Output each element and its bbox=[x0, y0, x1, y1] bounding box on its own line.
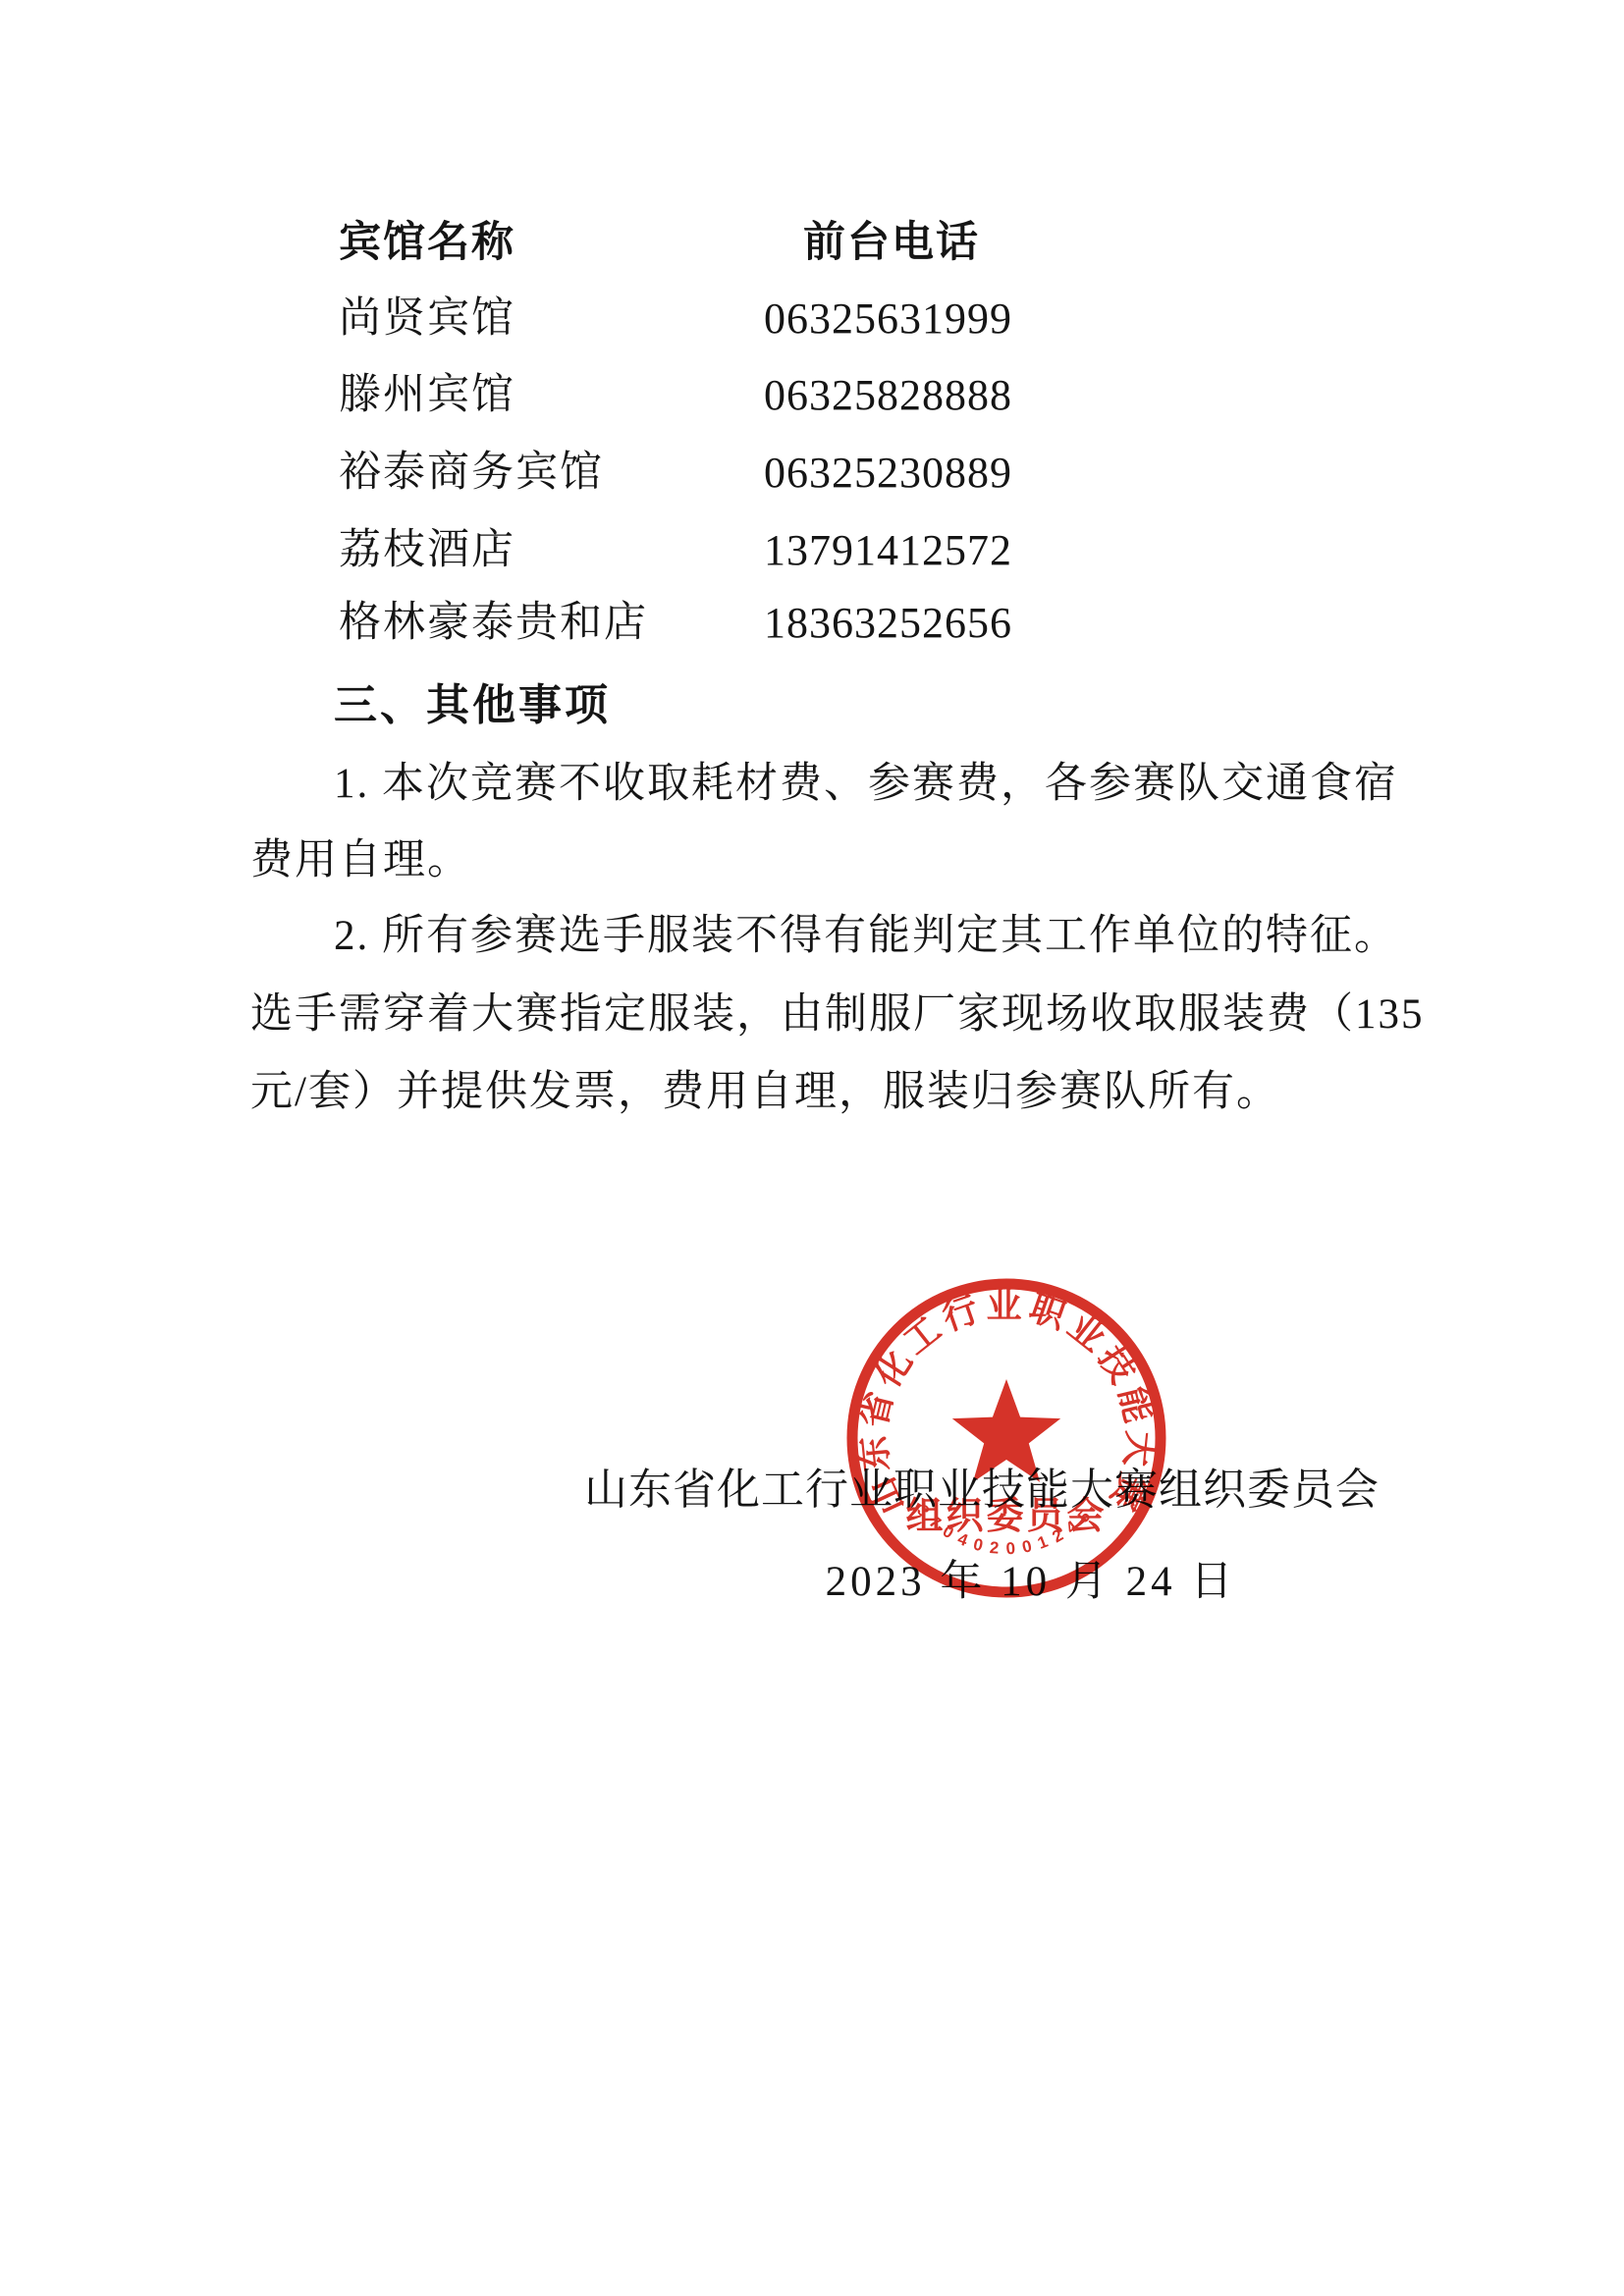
paragraph-2-line-3: 元/套）并提供发票，费用自理，服装归参赛队所有。 bbox=[250, 1066, 1280, 1119]
document-page: 宾馆名称 前台电话 尚贤宾馆 06325631999 滕州宾馆 06325828… bbox=[0, 0, 1624, 2296]
paragraph-1-line-2: 费用自理。 bbox=[250, 834, 471, 887]
star-icon bbox=[952, 1379, 1060, 1482]
hotel-name: 格林豪泰贵和店 bbox=[339, 597, 648, 650]
hotel-phone: 18363252656 bbox=[764, 597, 1012, 650]
column-header-phone: 前台电话 bbox=[803, 217, 980, 270]
paragraph-1-line-1: 1. 本次竞赛不收取耗材费、参赛费，各参赛队交通食宿 bbox=[334, 758, 1398, 811]
paragraph-2-line-1: 2. 所有参赛选手服装不得有能判定其工作单位的特征。 bbox=[334, 910, 1398, 963]
section-heading: 三、其他事项 bbox=[334, 679, 611, 732]
official-seal-stamp: 山东省化工行业职业技能大赛 组织委员会 370402001245 bbox=[830, 1261, 1183, 1615]
paragraph-2-line-2: 选手需穿着大赛指定服装，由制服厂家现场收取服装费（135 bbox=[250, 988, 1425, 1041]
hotel-name: 裕泰商务宾馆 bbox=[339, 447, 604, 500]
hotel-phone: 06325828888 bbox=[764, 369, 1012, 422]
hotel-phone: 13791412572 bbox=[764, 524, 1012, 577]
hotel-phone: 06325631999 bbox=[764, 293, 1012, 346]
hotel-name: 荔枝酒店 bbox=[339, 524, 515, 577]
hotel-name: 滕州宾馆 bbox=[339, 369, 515, 422]
column-header-hotel-name: 宾馆名称 bbox=[339, 217, 515, 270]
hotel-phone: 06325230889 bbox=[764, 447, 1012, 500]
hotel-name: 尚贤宾馆 bbox=[339, 293, 515, 346]
